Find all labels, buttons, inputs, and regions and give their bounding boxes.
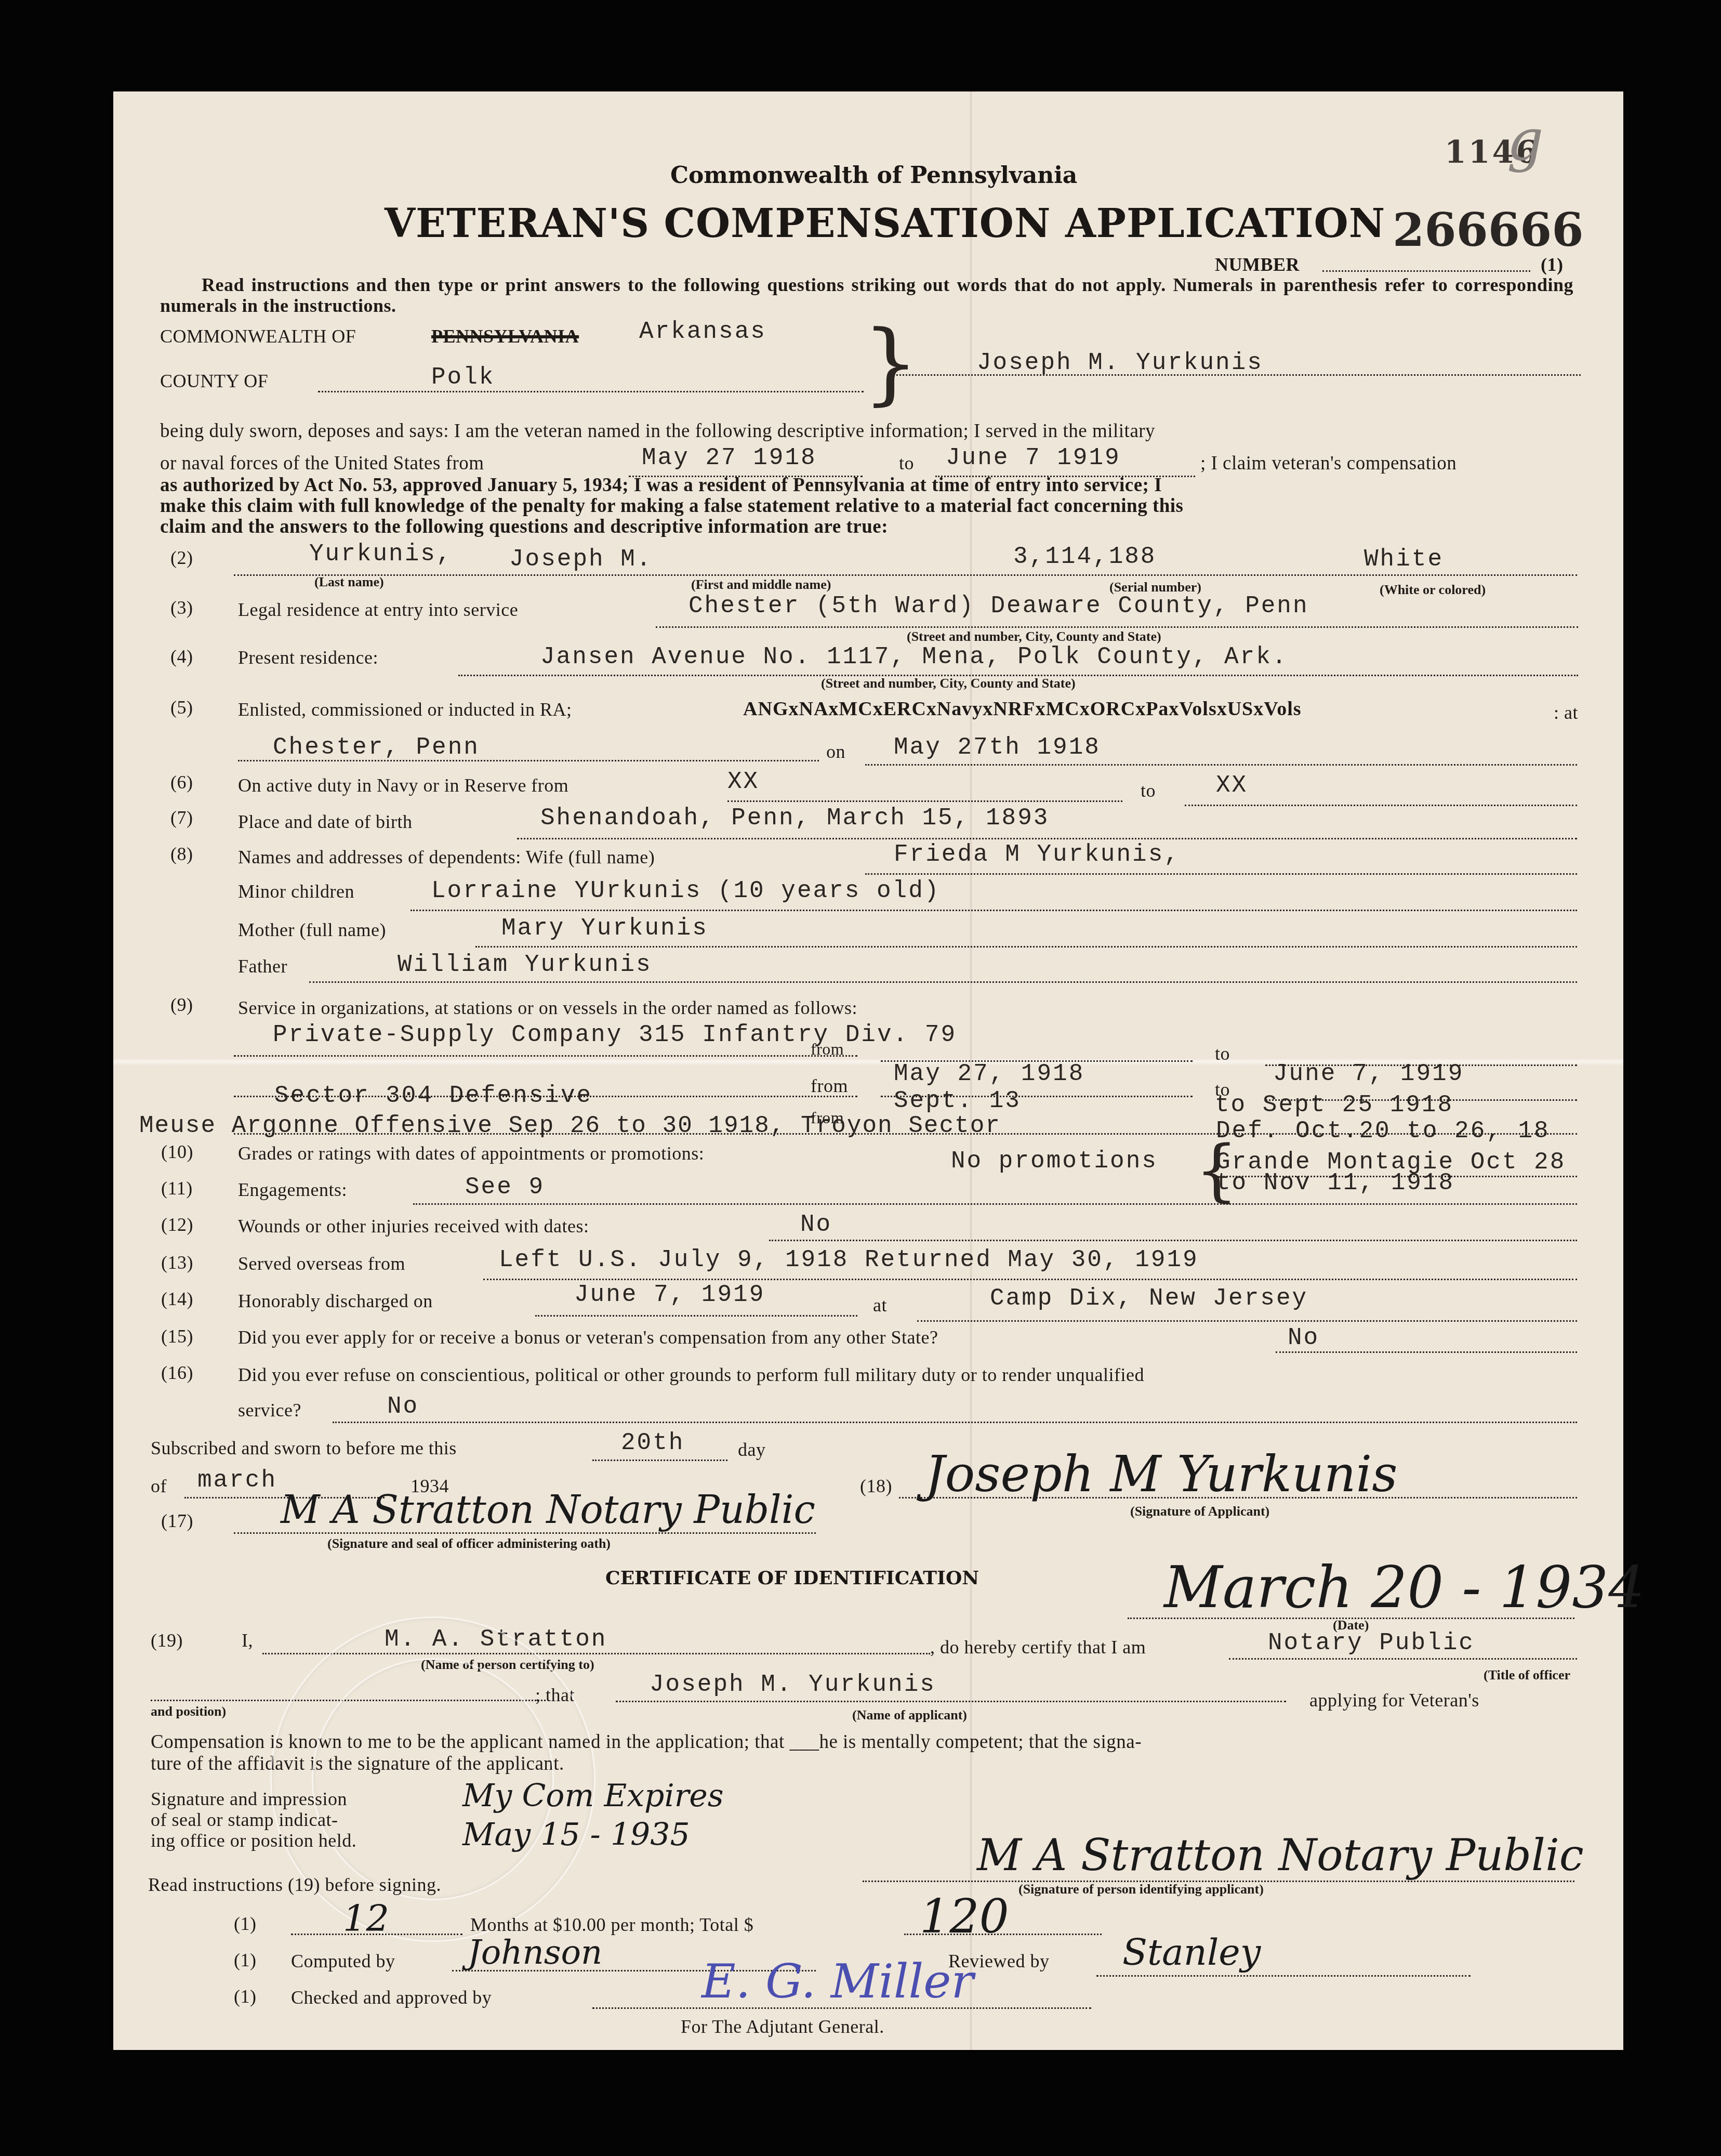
- q13-value: Left U.S. July 9, 1918 Returned May 30, …: [499, 1246, 1199, 1273]
- q14-place-line: [917, 1320, 1577, 1322]
- q9-sector: Sector 304 Defensive: [274, 1082, 592, 1109]
- county-label: COUNTY OF: [160, 370, 268, 392]
- application-number: 266666: [1393, 203, 1583, 257]
- q2-caption-last: (Last name): [314, 574, 384, 590]
- q9-row1-to: to: [1215, 1043, 1230, 1064]
- read-note: Read instructions (19) before signing.: [148, 1874, 441, 1896]
- commonwealth-label: COMMONWEALTH OF: [160, 325, 356, 347]
- oath-line-2-suffix: ; I claim veteran's compensation: [1200, 452, 1457, 475]
- q5-date-line: [865, 764, 1577, 766]
- applicant-name: Joseph M. Yurkunis: [977, 349, 1263, 376]
- q6-label: On active duty in Navy or in Reserve fro…: [238, 774, 568, 796]
- q16-line: [333, 1422, 1577, 1423]
- q10-number: (10): [161, 1141, 193, 1163]
- computed-ref: (1): [234, 1949, 256, 1971]
- officer-title: Notary Public: [1268, 1629, 1475, 1657]
- q9-grande-to: to Nov 11, 1918: [1216, 1169, 1454, 1197]
- applying-text: applying for Veteran's: [1309, 1689, 1479, 1711]
- q2-line: [234, 574, 1577, 576]
- q9-troyon-dates: Def. Oct.20 to 26, 18: [1216, 1118, 1550, 1145]
- q8-children: Lorraine YUrkunis (10 years old): [431, 877, 940, 904]
- q8-wife-line: [865, 873, 1577, 875]
- q10-label: Grades or ratings with dates of appointm…: [238, 1142, 704, 1164]
- applicant-signature: Joseph M Yurkunis: [925, 1445, 1398, 1503]
- county-value: Polk: [431, 364, 495, 391]
- q9-unit: Private-Supply Company 315 Infantry Div.…: [273, 1021, 957, 1048]
- q5-struck-options: ANGxNAxMCxERCxNavyxNRFxMCxORCxPaxVolsxUS…: [743, 698, 1302, 720]
- q5-place: Chester, Penn: [273, 734, 480, 761]
- q9-row1-from: from: [811, 1040, 844, 1059]
- commonwealth-value: Arkansas: [639, 318, 766, 345]
- q13-label: Served overseas from: [238, 1253, 405, 1274]
- q6-from-line: [727, 800, 1122, 802]
- q11-number: (11): [161, 1177, 193, 1199]
- q6-to-label: to: [1141, 780, 1156, 801]
- q15-value: No: [1288, 1324, 1319, 1351]
- officer-signature: M A Stratton Notary Public: [281, 1488, 815, 1532]
- q6-to: XX: [1216, 772, 1248, 799]
- q11-value: See 9: [465, 1174, 545, 1201]
- q3-caption: (Street and number, City, County and Sta…: [907, 629, 1161, 645]
- q8-children-label: Minor children: [238, 880, 354, 902]
- months-text: Months at $10.00 per month; Total $: [470, 1914, 753, 1936]
- q7-line: [517, 838, 1577, 839]
- sworn-day-line: [592, 1460, 727, 1461]
- q4-number: (4): [170, 646, 193, 667]
- sworn-day: 20th: [621, 1429, 684, 1456]
- q11-label: Engagements:: [238, 1179, 347, 1201]
- computed-label: Computed by: [291, 1950, 395, 1972]
- checked-label: Checked and approved by: [291, 1987, 492, 2008]
- q14-date: June 7, 1919: [574, 1281, 765, 1308]
- q4-value: Jansen Avenue No. 1117, Mena, Polk Count…: [540, 643, 1288, 671]
- commission-note-2: May 15 - 1935: [462, 1817, 690, 1853]
- service-from: May 27 1918: [642, 444, 817, 471]
- q8-label: Names and addresses of dependents: Wife …: [238, 846, 655, 868]
- sworn-of-label: of: [151, 1475, 167, 1497]
- q15-number: (15): [161, 1325, 193, 1347]
- certificate-title: CERTIFICATE OF IDENTIFICATION: [605, 1567, 979, 1589]
- venue-brace: }: [863, 312, 919, 415]
- officer-title-line: [1229, 1658, 1577, 1660]
- file-number-mark: g: [1507, 107, 1543, 173]
- oath-line-5: claim and the answers to the following q…: [160, 516, 888, 538]
- q8-wife: Frieda M Yurkunis,: [894, 841, 1180, 868]
- checked-ref: (1): [234, 1986, 256, 2007]
- form-title: VETERAN'S COMPENSATION APPLICATION: [385, 200, 1385, 246]
- months-value: 12: [343, 1897, 389, 1940]
- q3-value: Chester (5th Ward) Deaware County, Penn: [689, 593, 1309, 620]
- cert-applicant-line: [616, 1701, 1286, 1702]
- q8-mother-line: [475, 946, 1577, 948]
- q7-label: Place and date of birth: [238, 811, 412, 833]
- q19-number: (19): [151, 1629, 183, 1651]
- q9-row1-line: [234, 1055, 857, 1057]
- sworn-prefix: Subscribed and sworn to before me this: [151, 1437, 457, 1459]
- officer-signature-line: [234, 1532, 816, 1534]
- q16-label: Did you ever refuse on conscientious, po…: [238, 1364, 1144, 1386]
- q6-from: XX: [727, 768, 759, 795]
- q9-meuse: Meuse Argonne Offensive Sep 26 to 30 191…: [139, 1112, 1001, 1139]
- q14-at-label: at: [873, 1294, 887, 1316]
- q2-caption-first: (First and middle name): [691, 577, 831, 593]
- sworn-day-label: day: [738, 1439, 765, 1461]
- seal-label-2: of seal or stamp indicat-: [151, 1809, 338, 1831]
- q14-label: Honorably discharged on: [238, 1290, 433, 1312]
- seal-label-3: ing office or position held.: [151, 1830, 356, 1851]
- q6-to-line: [1185, 805, 1577, 806]
- checked-by: E. G. Miller: [701, 1954, 974, 2009]
- q14-date-line: [535, 1315, 857, 1317]
- q5-date: May 27th 1918: [894, 734, 1101, 761]
- service-to: June 7 1919: [946, 444, 1121, 471]
- months-ref: (1): [234, 1913, 256, 1935]
- q3-number: (3): [170, 597, 193, 619]
- q14-place: Camp Dix, New Jersey: [990, 1285, 1308, 1312]
- q5-label: Enlisted, commissioned or inducted in RA…: [238, 699, 572, 720]
- q15-label: Did you ever apply for or receive a bonu…: [238, 1326, 938, 1348]
- q12-line: [769, 1240, 1577, 1241]
- q16-number: (16): [161, 1362, 193, 1384]
- q5-number: (5): [170, 696, 193, 718]
- reviewed-by: Stanley: [1122, 1931, 1261, 1974]
- q9-row2-from: from: [811, 1075, 848, 1097]
- q6-number: (6): [170, 771, 193, 793]
- q2-first-middle: Joseph M.: [509, 546, 652, 573]
- q18-number: (18): [860, 1475, 892, 1497]
- title-caption-1: (Title of officer: [1484, 1667, 1570, 1683]
- oath-line-4: make this claim with full knowledge of t…: [160, 495, 1184, 517]
- q2-race: White: [1364, 546, 1444, 573]
- q9-unit-from: May 27, 1918: [894, 1060, 1084, 1087]
- commonwealth-struck: PENNSYLVANIA: [431, 325, 579, 347]
- q2-last-name: Yurkunis,: [309, 541, 452, 568]
- number-label: NUMBER: [1215, 254, 1300, 275]
- number-line: [1322, 270, 1530, 272]
- oath-line-1: being duly sworn, deposes and says: I am…: [160, 420, 1155, 442]
- q15-line: [1276, 1351, 1577, 1353]
- identifier-caption: (Signature of person identifying applica…: [1018, 1882, 1264, 1897]
- sworn-month: march: [197, 1467, 277, 1494]
- oath-line-2-prefix: or naval forces of the United States fro…: [160, 452, 484, 475]
- cert-applicant-caption: (Name of applicant): [852, 1707, 967, 1723]
- q8-number: (8): [170, 843, 193, 865]
- instructions-text: Read instructions and then type or print…: [160, 274, 1573, 316]
- q8-father-label: Father: [238, 955, 287, 977]
- q12-label: Wounds or other injuries received with d…: [238, 1215, 589, 1237]
- q7-number: (7): [170, 807, 193, 829]
- q12-number: (12): [161, 1214, 193, 1235]
- q8-mother: Mary Yurkunis: [501, 915, 708, 942]
- q9-label: Service in organizations, at stations or…: [238, 997, 857, 1019]
- certify-text: , do hereby certify that I am: [930, 1636, 1146, 1658]
- q19-i-label: I,: [242, 1629, 253, 1651]
- reviewed-line: [1096, 1975, 1471, 1977]
- q14-number: (14): [161, 1288, 193, 1310]
- officer-caption: (Signature and seal of officer administe…: [327, 1536, 611, 1552]
- q4-caption: (Street and number, City, County and Sta…: [821, 676, 1076, 691]
- certificate-date: March 20 - 1934: [1164, 1554, 1645, 1621]
- q13-line: [483, 1279, 1577, 1280]
- q17-number: (17): [161, 1510, 193, 1532]
- q16-value: No: [387, 1393, 419, 1420]
- oath-line-3: as authorized by Act No. 53, approved Ja…: [160, 474, 1162, 496]
- computed-by: Johnson: [468, 1934, 602, 1972]
- cert-applicant: Joseph M. Yurkunis: [650, 1671, 936, 1698]
- q2-caption-race: (White or colored): [1380, 582, 1486, 598]
- q4-label: Present residence:: [238, 647, 378, 668]
- county-line: [318, 391, 864, 392]
- q9-number: (9): [170, 994, 193, 1016]
- q8-father-line: [309, 981, 1577, 983]
- q11-line: [413, 1203, 1577, 1205]
- q8-father: William Yurkunis: [398, 951, 652, 978]
- commission-note-1: My Com Expires: [462, 1778, 724, 1814]
- q3-line: [656, 626, 1578, 628]
- identifier-signature: M A Stratton Notary Public: [977, 1830, 1584, 1881]
- q13-number: (13): [161, 1252, 193, 1273]
- q9-sector-from: Sept. 13: [894, 1087, 1021, 1114]
- q7-value: Shenandoah, Penn, March 15, 1893: [540, 805, 1049, 832]
- title-caption-2: and position): [151, 1704, 226, 1719]
- q8-children-line: [411, 910, 1577, 911]
- number-ref: (1): [1541, 254, 1563, 275]
- q2-number: (2): [170, 547, 193, 569]
- applicant-signature-caption: (Signature of Applicant): [1130, 1504, 1269, 1519]
- commonwealth-heading: Commonwealth of Pennsylvania: [670, 162, 1077, 189]
- q5-at-label: : at: [1554, 702, 1578, 724]
- q5-on-label: on: [826, 741, 845, 763]
- q12-value: No: [800, 1211, 832, 1238]
- q8-mother-label: Mother (full name): [238, 919, 386, 941]
- adjutant-label: For The Adjutant General.: [681, 2016, 884, 2037]
- q9-sector-to: to Sept 25 1918: [1215, 1092, 1453, 1119]
- q2-serial: 3,114,188: [1013, 543, 1156, 570]
- total-value: 120: [920, 1889, 1009, 1944]
- seal-label-1: Signature and impression: [151, 1788, 347, 1810]
- q16-label-2: service?: [238, 1399, 301, 1421]
- service-to-label: to: [899, 452, 914, 474]
- q3-label: Legal residence at entry into service: [238, 599, 518, 621]
- q9-unit-to: June 7, 1919: [1273, 1060, 1464, 1087]
- q10-value: No promotions: [951, 1148, 1158, 1175]
